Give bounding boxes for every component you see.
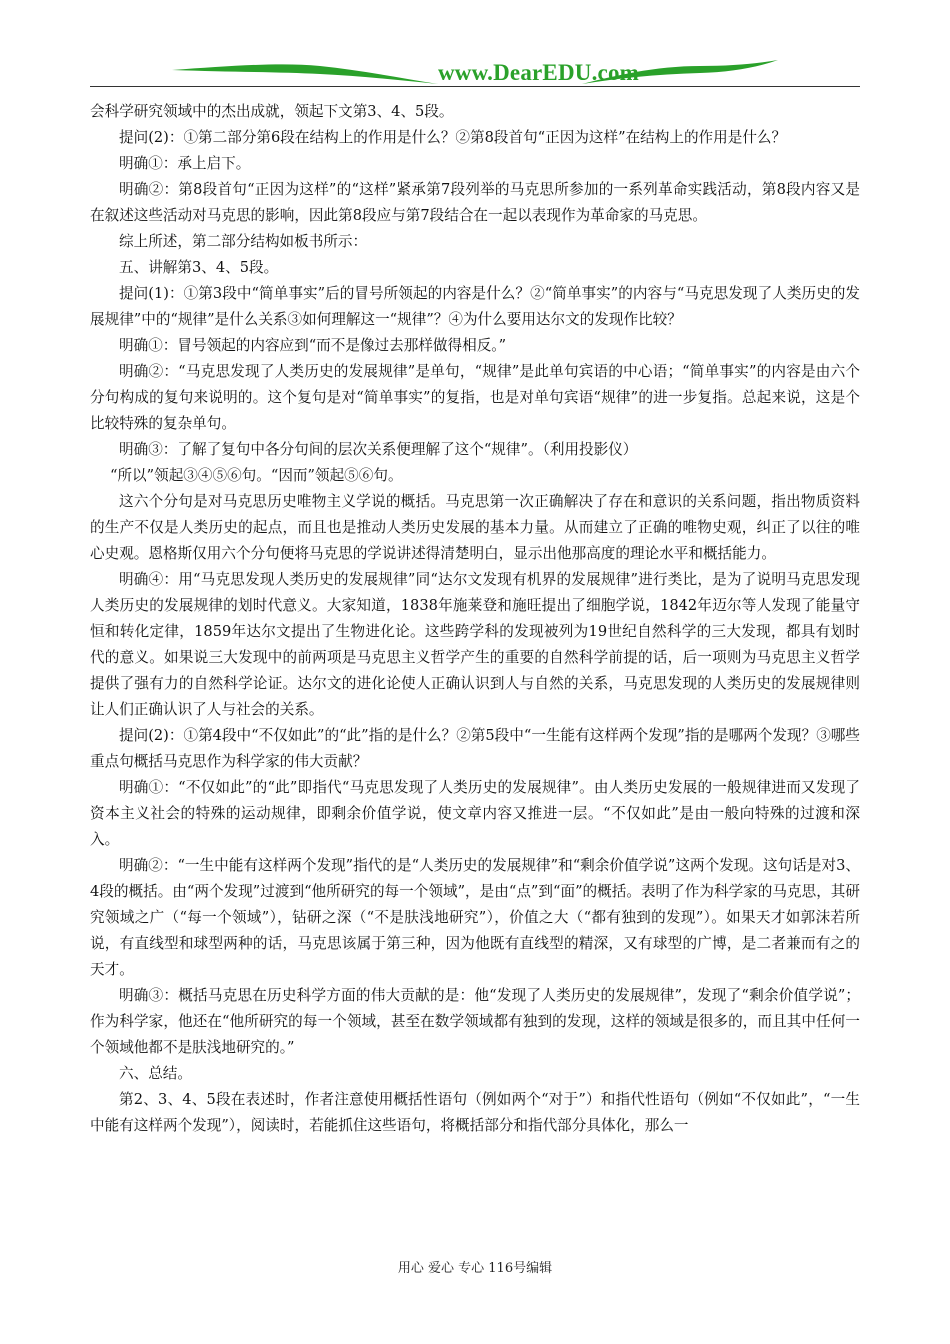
paragraph: 会科学研究领域中的杰出成就，领起下文第3、4、5段。	[90, 99, 860, 125]
paragraph: 综上所述，第二部分结构如板书所示：	[90, 229, 860, 255]
green-swoosh-right-icon	[580, 56, 780, 86]
paragraph: 第2、3、4、5段在表述时，作者注意使用概括性语句（例如两个“对于”）和指代性语…	[90, 1087, 860, 1139]
green-swoosh-left-icon	[170, 56, 440, 86]
header-rule	[90, 86, 860, 87]
paragraph: 提问(2)：①第4段中“不仅如此”的“此”指的是什么？②第5段中“一生能有这样两…	[90, 723, 860, 775]
dearedu-logo: www.DearEDU.com	[170, 56, 780, 86]
document-body: 会科学研究领域中的杰出成就，领起下文第3、4、5段。 提问(2)：①第二部分第6…	[90, 99, 860, 1139]
paragraph: 明确②：“一生中能有这样两个发现”指代的是“人类历史的发展规律”和“剩余价值学说…	[90, 853, 860, 983]
paragraph: 明确①：承上启下。	[90, 151, 860, 177]
paragraph: 明确③：概括马克思在历史科学方面的伟大贡献的是：他“发现了人类历史的发展规律”，…	[90, 983, 860, 1061]
paragraph: “所以”领起③④⑤⑥句。“因而”领起⑤⑥句。	[90, 463, 860, 489]
paragraph: 明确②：“马克思发现了人类历史的发展规律”是单句，“规律”是此单句宾语的中心语；…	[90, 359, 860, 437]
paragraph: 明确③：了解了复句中各分句间的层次关系便理解了这个“规律”。（利用投影仪）	[90, 437, 860, 463]
section-heading: 六、总结。	[90, 1061, 860, 1087]
paragraph: 提问(1)：①第3段中“简单事实”后的冒号所领起的内容是什么？②“简单事实”的内…	[90, 281, 860, 333]
paragraph: 明确④：用“马克思发现人类历史的发展规律”同“达尔文发现有机界的发展规律”进行类…	[90, 567, 860, 723]
paragraph: 明确②：第8段首句“正因为这样”的“这样”紧承第7段列举的马克思所参加的一系列革…	[90, 177, 860, 229]
paragraph: 这六个分句是对马克思历史唯物主义学说的概括。马克思第一次正确解决了存在和意识的关…	[90, 489, 860, 567]
paragraph: 明确①：冒号领起的内容应到“而不是像过去那样做得相反。”	[90, 333, 860, 359]
page-header: www.DearEDU.com	[90, 56, 860, 88]
section-heading: 五、讲解第3、4、5段。	[90, 255, 860, 281]
paragraph: 明确①：“不仅如此”的“此”即指代“马克思发现了人类历史的发展规律”。由人类历史…	[90, 775, 860, 853]
paragraph: 提问(2)：①第二部分第6段在结构上的作用是什么？②第8段首句“正因为这样”在结…	[90, 125, 860, 151]
page-footer: 用心 爱心 专心 116号编辑	[0, 1257, 950, 1276]
